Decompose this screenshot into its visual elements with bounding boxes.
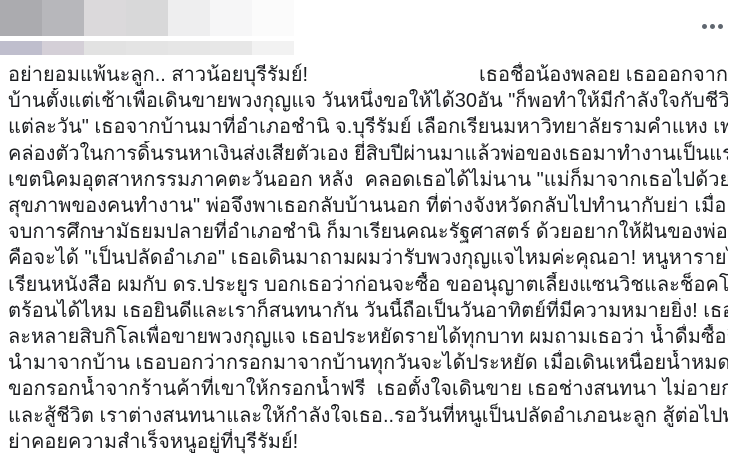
post-line: เรียนหนังสือ ผมกับ ดร.ประยูร บอกเธอว่าก่… <box>8 272 728 298</box>
post-text: อย่ายอมแพ้นะลูก.. สาวน้อยบุรีรัมย์! เธอช… <box>0 58 740 455</box>
post-line: นำมาจากบ้าน เธอบอกว่ากรอกมาจากบ้านทุกวัน… <box>8 350 728 376</box>
post-opening-left: อย่ายอมแพ้นะลูก.. สาวน้อยบุรีรัมย์! <box>8 62 308 88</box>
post-line: เขตนิคมอุตสาหกรรมภาคตะวันออก หลัง คลอดเธ… <box>8 167 728 193</box>
post-screen: อย่ายอมแพ้นะลูก.. สาวน้อยบุรีรัมย์! เธอช… <box>0 0 740 463</box>
post-line: สุขภาพของคนทำงาน" พ่อจึงพาเธอกลับบ้านนอก… <box>8 193 728 219</box>
post-line: อย่ายอมแพ้นะลูก.. สาวน้อยบุรีรัมย์! เธอช… <box>8 62 728 88</box>
post-header <box>0 0 740 58</box>
post-options-button[interactable] <box>696 16 728 36</box>
censored-profile-row-1 <box>0 0 294 36</box>
post-line: คล่องตัวในการดิ้นรนหาเงินส่งเสียตัวเอง ย… <box>8 141 728 167</box>
post-line: ย่าคอยความสำเร็จหนูอยู่ที่บุรีรัมย์! <box>8 429 728 455</box>
post-opening-right: เธอชื่อน้องพลอย เธอออกจาก <box>479 62 728 88</box>
post-line: บ้านตั้งแต่เช้าเพื่อเดินขายพวงกุญแจ วันห… <box>8 88 728 114</box>
post-line: และสู้ชีวิต เราต่างสนทนาและให้กำลังใจเธอ… <box>8 403 728 429</box>
post-line: แต่ละวัน" เธอจากบ้านมาที่อำเภอชำนิ จ.บุร… <box>8 114 728 140</box>
censored-profile-row-2 <box>0 41 294 55</box>
ellipsis-horizontal-icon <box>702 24 723 29</box>
post-line: ละหลายสิบกิโลเพื่อขายพวงกุญแจ เธอประหยัด… <box>8 324 728 350</box>
post-line: ตร้อนได้ไหม เธอยินดีและเราก็สนทนากัน วัน… <box>8 298 728 324</box>
post-line: คือจะได้ "เป็นปลัดอำเภอ" เธอเดินมาถามผมว… <box>8 245 728 271</box>
post-line: ขอกรอกน้ำจากร้านค้าที่เขาให้กรอกน้ำฟรี เ… <box>8 376 728 402</box>
post-line: จบการศึกษามัธยมปลายที่อำเภอชำนิ ก็มาเรีย… <box>8 219 728 245</box>
censored-profile-block <box>0 0 294 55</box>
